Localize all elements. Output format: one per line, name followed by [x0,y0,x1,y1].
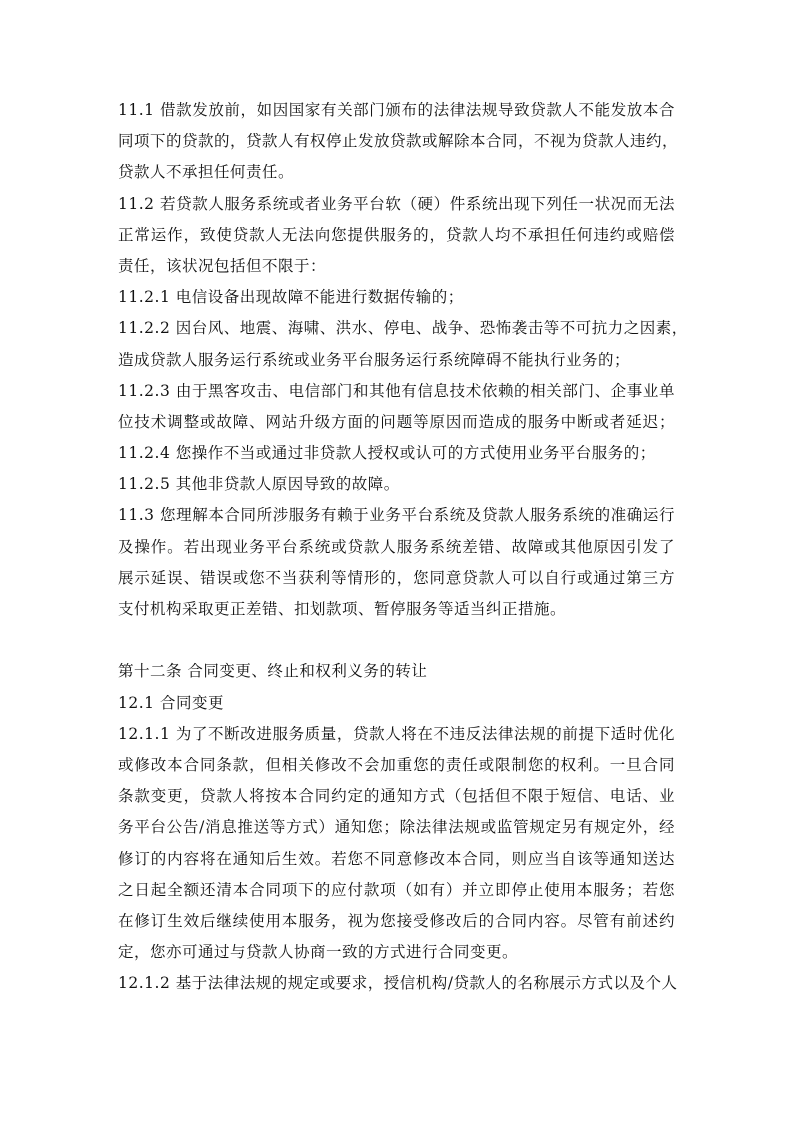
clause-12-1-1-line-8: 定，您亦可通过与贷款人协商一致的方式进行合同变更。 [118,937,675,968]
clause-11-3-line-3: 展示延误、错误或您不当获利等情形的，您同意贷款人可以自行或通过第三方 [118,563,675,594]
clause-11-2-2-line-2: 造成贷款人服务运行系统或业务平台服务运行系统障碍不能执行业务的； [118,345,675,376]
clause-12-1-1-line-3: 条款变更，贷款人将按本合同约定的通知方式（包括但不限于短信、电话、业 [118,781,675,812]
clause-11-2-2-line-1: 11.2.2 因台风、地震、海啸、洪水、停电、战争、恐怖袭击等不可抗力之因素， [118,313,675,344]
clause-11-2-5: 11.2.5 其他非贷款人原因导致的故障。 [118,469,675,500]
clause-11-1-line-2: 同项下的贷款的，贷款人有权停止发放贷款或解除本合同，不视为贷款人违约， [118,126,675,157]
clause-11-1-line-1: 11.1 借款发放前，如因国家有关部门颁布的法律法规导致贷款人不能发放本合 [118,95,675,126]
clause-12-1-2-line-1: 12.1.2 基于法律法规的规定或要求，授信机构/贷款人的名称展示方式以及个人 [118,968,675,999]
clause-11-3-line-2: 及操作。若出现业务平台系统或贷款人服务系统差错、故障或其他原因引发了 [118,532,675,563]
clause-11-2-4: 11.2.4 您操作不当或通过非贷款人授权或认可的方式使用业务平台服务的； [118,438,675,469]
clause-12-1-1-line-6: 之日起全额还清本合同项下的应付款项（如有）并立即停止使用本服务；若您 [118,875,675,906]
clause-11-2-3-line-2: 位技术调整或故障、网站升级方面的问题等原因而造成的服务中断或者延迟； [118,407,675,438]
clause-12-1-1-line-2: 或修改本合同条款，但相关修改不会加重您的责任或限制您的权利。一旦合同 [118,750,675,781]
blank-line [118,625,675,656]
clause-12-1-1-line-4: 务平台公告/消息推送等方式）通知您；除法律法规或监管规定另有规定外，经 [118,812,675,843]
document-page: 11.1 借款发放前，如因国家有关部门颁布的法律法规导致贷款人不能发放本合 同项… [118,95,675,999]
clause-11-3-line-4: 支付机构采取更正差错、扣划款项、暂停服务等适当纠正措施。 [118,594,675,625]
clause-11-1-line-3: 贷款人不承担任何责任。 [118,157,675,188]
clause-11-3-line-1: 11.3 您理解本合同所涉服务有赖于业务平台系统及贷款人服务系统的准确运行 [118,500,675,531]
article-12-heading: 第十二条 合同变更、终止和权利义务的转让 [118,656,675,687]
clause-11-2-3-line-1: 11.2.3 由于黑客攻击、电信部门和其他有信息技术依赖的相关部门、企事业单 [118,376,675,407]
clause-11-2-line-3: 责任，该状况包括但不限于： [118,251,675,282]
clause-12-1-1-line-5: 修订的内容将在通知后生效。若您不同意修改本合同，则应当自该等通知送达 [118,844,675,875]
clause-11-2-1: 11.2.1 电信设备出现故障不能进行数据传输的； [118,282,675,313]
clause-12-1-heading: 12.1 合同变更 [118,688,675,719]
clause-11-2-line-1: 11.2 若贷款人服务系统或者业务平台软（硬）件系统出现下列任一状况而无法 [118,189,675,220]
clause-11-2-line-2: 正常运作，致使贷款人无法向您提供服务的，贷款人均不承担任何违约或赔偿 [118,220,675,251]
clause-12-1-1-line-7: 在修订生效后继续使用本服务，视为您接受修改后的合同内容。尽管有前述约 [118,906,675,937]
clause-12-1-1-line-1: 12.1.1 为了不断改进服务质量，贷款人将在不违反法律法规的前提下适时优化 [118,719,675,750]
